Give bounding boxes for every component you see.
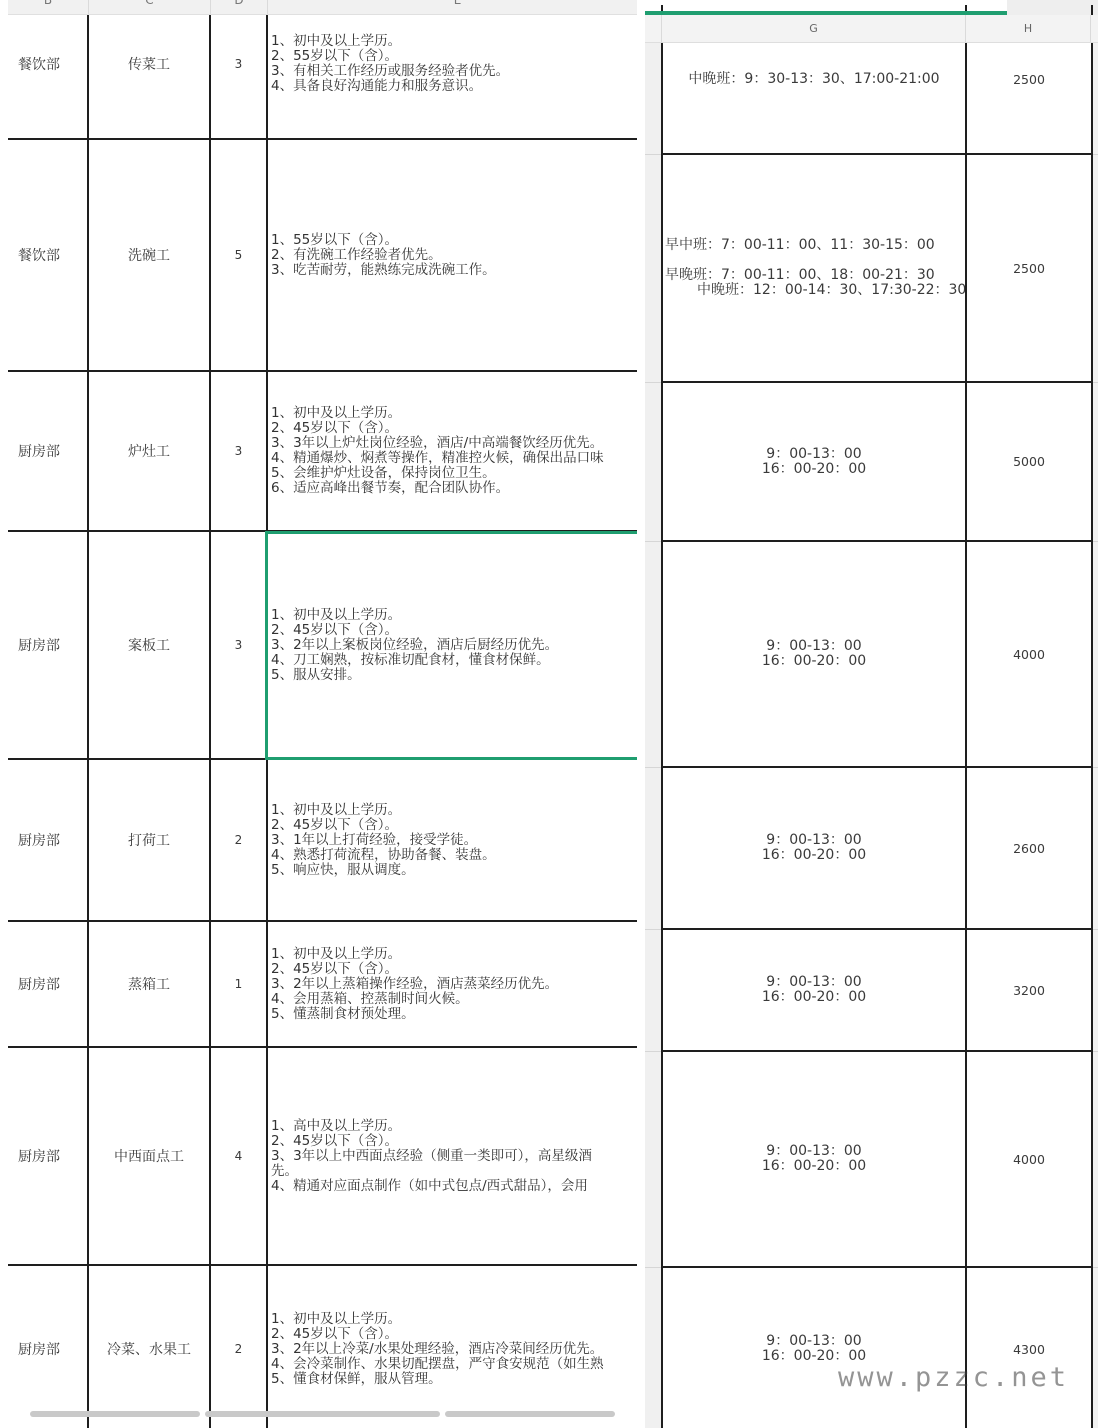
table-row: 9：00-13：0016：00-20：00 4300 xyxy=(661,1268,1093,1428)
column-header-e[interactable]: E xyxy=(267,0,637,14)
requirements-cell[interactable]: 1、初中及以上学历。2、45岁以下（含）。3、2年以上冷菜/水果处理经验，酒店冷… xyxy=(266,1266,637,1428)
requirement-line: 1、高中及以上学历。 xyxy=(271,1119,401,1134)
requirements-cell[interactable]: 1、初中及以上学历。2、45岁以下（含）。3、2年以上案板岗位经验，酒店后厨经历… xyxy=(266,532,637,758)
salary-cell[interactable]: 5000 xyxy=(965,383,1091,540)
department-cell[interactable]: 厨房部 xyxy=(8,1048,87,1264)
headcount-text: 1 xyxy=(235,977,243,991)
schedule-line: 16：00-20：00 xyxy=(762,1159,866,1174)
requirement-line: 2、45岁以下（含）。 xyxy=(271,623,398,638)
position-text: 传菜工 xyxy=(128,54,170,74)
requirement-line: 3、有相关工作经历或服务经验者优先。 xyxy=(271,64,509,79)
requirements-cell[interactable]: 1、初中及以上学历。2、45岁以下（含）。3、2年以上蒸箱操作经验，酒店蒸菜经历… xyxy=(266,922,637,1046)
department-cell[interactable]: 餐饮部 xyxy=(8,140,87,370)
column-header-label: B xyxy=(8,0,88,7)
requirement-line: 5、懂食材保鲜，服从管理。 xyxy=(271,1372,442,1387)
table-row: 9：00-13：0016：00-20：00 5000 xyxy=(661,383,1093,542)
schedule-line: 9：00-13：00 xyxy=(766,447,861,462)
department-text: 餐饮部 xyxy=(18,54,60,74)
schedule-line: 中晚班：12：00-14：30、17:30-22：30 xyxy=(665,283,965,298)
requirement-line: 2、45岁以下（含）。 xyxy=(271,818,398,833)
schedule-cell[interactable]: 9：00-13：0016：00-20：00 xyxy=(663,768,965,928)
schedule-line: 16：00-20：00 xyxy=(762,462,866,477)
schedule-cell[interactable]: 早中班：7：00-11：00、11：30-15：00早晚班：7：00-11：00… xyxy=(663,155,965,381)
table-row: 厨房部 蒸箱工 1 1、初中及以上学历。2、45岁以下（含）。3、2年以上蒸箱操… xyxy=(8,922,637,1048)
position-cell[interactable]: 中西面点工 xyxy=(87,1048,209,1264)
table-row: 厨房部 冷菜、水果工 2 1、初中及以上学历。2、45岁以下（含）。3、2年以上… xyxy=(8,1266,637,1428)
table-row: 厨房部 炉灶工 3 1、初中及以上学历。2、45岁以下（含）。3、3年以上炉灶岗… xyxy=(8,372,637,532)
schedule-cell[interactable]: 9：00-13：0016：00-20：00 xyxy=(663,383,965,540)
salary-text: 2500 xyxy=(1013,72,1045,87)
position-text: 打荷工 xyxy=(128,830,170,850)
requirement-line: 4、会冷菜制作、水果切配摆盘，严守食安规范（如生熟 xyxy=(271,1357,604,1372)
column-header-g[interactable]: G xyxy=(661,15,965,42)
headcount-text: 3 xyxy=(235,444,243,458)
column-header-d[interactable]: D xyxy=(210,0,267,14)
department-cell[interactable]: 厨房部 xyxy=(8,532,87,758)
salary-text: 4000 xyxy=(1013,1152,1045,1167)
position-cell[interactable]: 打荷工 xyxy=(87,760,209,920)
requirement-line: 1、初中及以上学历。 xyxy=(271,1312,401,1327)
headcount-cell[interactable]: 3 xyxy=(209,372,266,530)
table-row: 餐饮部 洗碗工 5 1、55岁以下（含）。2、有洗碗工作经验者优先。3、吃苦耐劳… xyxy=(8,140,637,372)
active-sheet-indicator xyxy=(645,11,1007,15)
table-row: 9：00-13：0016：00-20：00 4000 xyxy=(661,542,1093,768)
column-header-c[interactable]: C xyxy=(88,0,210,14)
spreadsheet-right-view: G H 中晚班：9：30-13：30、17:00-21:00 2500 早中班：… xyxy=(640,0,1098,1428)
requirement-line: 2、55岁以下（含）。 xyxy=(271,49,398,64)
column-header-label: E xyxy=(268,0,637,7)
horizontal-scrollbar[interactable] xyxy=(205,1411,440,1417)
requirement-line: 1、初中及以上学历。 xyxy=(271,803,401,818)
position-text: 案板工 xyxy=(128,635,170,655)
horizontal-scrollbar[interactable] xyxy=(445,1411,615,1417)
headcount-text: 3 xyxy=(235,57,243,71)
table-row: 厨房部 打荷工 2 1、初中及以上学历。2、45岁以下（含）。3、1年以上打荷经… xyxy=(8,760,637,922)
requirement-line: 4、精通对应面点制作（如中式包点/西式甜品），会用 xyxy=(271,1179,588,1194)
requirement-line: 5、会维护炉灶设备，保持岗位卫生。 xyxy=(271,466,496,481)
requirement-line: 2、有洗碗工作经验者优先。 xyxy=(271,248,442,263)
headcount-cell[interactable]: 2 xyxy=(209,760,266,920)
requirements-cell[interactable]: 1、初中及以上学历。2、45岁以下（含）。3、1年以上打荷经验，接受学徒。4、熟… xyxy=(266,760,637,920)
column-header-b[interactable]: B xyxy=(8,0,88,14)
requirement-line: 3、吃苦耐劳，能熟练完成洗碗工作。 xyxy=(271,263,496,278)
schedule-line: 9：00-13：00 xyxy=(766,975,861,990)
position-cell[interactable]: 蒸箱工 xyxy=(87,922,209,1046)
requirement-line: 2、45岁以下（含）。 xyxy=(271,421,398,436)
schedule-line: 16：00-20：00 xyxy=(762,990,866,1005)
schedule-line: 中晚班：9：30-13：30、17:00-21:00 xyxy=(688,72,939,87)
salary-cell[interactable]: 4000 xyxy=(965,1052,1091,1266)
position-text: 蒸箱工 xyxy=(128,974,170,994)
position-text: 炉灶工 xyxy=(128,441,170,461)
vertical-scroll-track[interactable] xyxy=(1093,42,1098,1428)
department-cell[interactable]: 厨房部 xyxy=(8,922,87,1046)
headcount-cell[interactable]: 5 xyxy=(209,140,266,370)
requirement-line: 3、2年以上蒸箱操作经验，酒店蒸菜经历优先。 xyxy=(271,977,558,992)
requirement-line: 1、初中及以上学历。 xyxy=(271,406,401,421)
salary-text: 5000 xyxy=(1013,454,1045,469)
salary-text: 3200 xyxy=(1013,983,1045,998)
department-text: 厨房部 xyxy=(18,830,60,850)
requirement-line: 先。 xyxy=(271,1164,298,1179)
requirement-line: 5、服从安排。 xyxy=(271,668,361,683)
column-header-row: G H xyxy=(645,15,1098,43)
requirements-cell[interactable]: 1、初中及以上学历。2、55岁以下（含）。3、有相关工作经历或服务经验者优先。4… xyxy=(266,0,637,138)
requirements-cell[interactable]: 1、高中及以上学历。2、45岁以下（含）。3、3年以上中西面点经验（侧重一类即可… xyxy=(266,1048,637,1264)
schedule-cell[interactable]: 9：00-13：0016：00-20：00 xyxy=(663,1052,965,1266)
position-cell[interactable]: 洗碗工 xyxy=(87,140,209,370)
requirements-cell[interactable]: 1、55岁以下（含）。2、有洗碗工作经验者优先。3、吃苦耐劳，能熟练完成洗碗工作… xyxy=(266,140,637,370)
headcount-text: 2 xyxy=(235,833,243,847)
requirement-line: 1、初中及以上学历。 xyxy=(271,34,401,49)
requirement-line: 3、2年以上冷菜/水果处理经验，酒店冷菜间经历优先。 xyxy=(271,1342,603,1357)
horizontal-scrollbar[interactable] xyxy=(30,1411,200,1417)
requirement-line: 6、适应高峰出餐节奏，配合团队协作。 xyxy=(271,481,509,496)
headcount-cell[interactable]: 2 xyxy=(209,1266,266,1428)
requirement-line: 3、3年以上中西面点经验（侧重一类即可），高星级酒 xyxy=(271,1149,592,1164)
headcount-text: 4 xyxy=(235,1149,243,1163)
position-text: 冷菜、水果工 xyxy=(107,1339,191,1359)
requirement-line: 5、响应快，服从调度。 xyxy=(271,863,415,878)
schedule-cell[interactable]: 9：00-13：0016：00-20：00 xyxy=(663,1268,965,1428)
schedule-line: 早晚班：7：00-11：00、18：00-21：30 xyxy=(665,268,935,283)
column-header-label: G xyxy=(809,22,818,35)
requirement-line: 3、3年以上炉灶岗位经验，酒店/中高端餐饮经历优先。 xyxy=(271,436,603,451)
column-header-row: B C D E xyxy=(8,0,637,15)
department-text: 厨房部 xyxy=(18,1339,60,1359)
department-text: 厨房部 xyxy=(18,635,60,655)
salary-cell[interactable]: 4000 xyxy=(965,542,1091,766)
position-text: 中西面点工 xyxy=(114,1146,184,1166)
spreadsheet-left-view: B C D E 餐饮部 传菜工 3 1、初中及以上学历。2、55岁以下（含）。3… xyxy=(0,0,637,1428)
requirement-line: 1、初中及以上学历。 xyxy=(271,947,401,962)
requirement-line: 3、1年以上打荷经验，接受学徒。 xyxy=(271,833,477,848)
requirement-line: 4、刀工娴熟，按标准切配食材，懂食材保鲜。 xyxy=(271,653,550,668)
requirement-line: 1、初中及以上学历。 xyxy=(271,608,401,623)
headcount-cell[interactable]: 1 xyxy=(209,922,266,1046)
headcount-cell[interactable]: 4 xyxy=(209,1048,266,1264)
salary-cell[interactable]: 2500 xyxy=(965,155,1091,381)
watermark: www.pzzc.net xyxy=(838,1362,1069,1393)
department-cell[interactable]: 厨房部 xyxy=(8,1266,87,1428)
requirement-line: 4、会用蒸箱、控蒸制时间火候。 xyxy=(271,992,469,1007)
schedule-cell[interactable]: 9：00-13：0016：00-20：00 xyxy=(663,930,965,1050)
table-row: 9：00-13：0016：00-20：00 3200 xyxy=(661,930,1093,1052)
position-cell[interactable]: 案板工 xyxy=(87,532,209,758)
table-row: 9：00-13：0016：00-20：00 2600 xyxy=(661,768,1093,930)
row-header-strip[interactable] xyxy=(645,42,661,1428)
column-header-label: C xyxy=(89,0,210,7)
headcount-cell[interactable]: 3 xyxy=(209,0,266,138)
requirement-line: 2、45岁以下（含）。 xyxy=(271,1327,398,1342)
schedule-line: 9：00-13：00 xyxy=(766,1334,861,1349)
headcount-text: 3 xyxy=(235,638,243,652)
department-cell[interactable]: 厨房部 xyxy=(8,372,87,530)
requirements-cell[interactable]: 1、初中及以上学历。2、45岁以下（含）。3、3年以上炉灶岗位经验，酒店/中高端… xyxy=(266,372,637,530)
schedule-line: 早中班：7：00-11：00、11：30-15：00 xyxy=(665,238,935,253)
column-header-label: H xyxy=(1024,22,1032,35)
column-header-h[interactable]: H xyxy=(965,15,1091,42)
requirement-line: 1、55岁以下（含）。 xyxy=(271,233,398,248)
position-cell[interactable]: 冷菜、水果工 xyxy=(87,1266,209,1428)
table-row: 9：00-13：0016：00-20：00 4000 xyxy=(661,1052,1093,1268)
department-cell[interactable]: 餐饮部 xyxy=(8,0,87,138)
salary-text: 2600 xyxy=(1013,841,1045,856)
salary-cell[interactable]: 2600 xyxy=(965,768,1091,928)
department-text: 厨房部 xyxy=(18,441,60,461)
salary-cell[interactable]: 3200 xyxy=(965,930,1091,1050)
schedule-line: 9：00-13：00 xyxy=(766,639,861,654)
table-row: 厨房部 中西面点工 4 1、高中及以上学历。2、45岁以下（含）。3、3年以上中… xyxy=(8,1048,637,1266)
requirement-line: 5、懂蒸制食材预处理。 xyxy=(271,1007,415,1022)
schedule-line: 9：00-13：00 xyxy=(766,833,861,848)
requirement-line: 2、45岁以下（含）。 xyxy=(271,962,398,977)
schedule-cell[interactable]: 9：00-13：0016：00-20：00 xyxy=(663,542,965,766)
position-cell[interactable]: 炉灶工 xyxy=(87,372,209,530)
requirement-line: 3、2年以上案板岗位经验，酒店后厨经历优先。 xyxy=(271,638,558,653)
requirement-line: 4、熟悉打荷流程，协助备餐、装盘。 xyxy=(271,848,496,863)
salary-cell[interactable]: 4300 xyxy=(965,1268,1091,1428)
schedule-line: 16：00-20：00 xyxy=(762,654,866,669)
schedule-line: 16：00-20：00 xyxy=(762,848,866,863)
headcount-cell[interactable]: 3 xyxy=(209,532,266,758)
headcount-text: 2 xyxy=(235,1342,243,1356)
requirement-line: 4、精通爆炒、焖煮等操作，精准控火候，确保出品口味 xyxy=(271,451,604,466)
position-text: 洗碗工 xyxy=(128,245,170,265)
table-row: 早中班：7：00-11：00、11：30-15：00早晚班：7：00-11：00… xyxy=(661,155,1093,383)
salary-text: 4000 xyxy=(1013,647,1045,662)
headcount-text: 5 xyxy=(235,248,243,262)
requirement-line: 4、具备良好沟通能力和服务意识。 xyxy=(271,79,482,94)
table-row: 厨房部 案板工 3 1、初中及以上学历。2、45岁以下（含）。3、2年以上案板岗… xyxy=(8,532,637,760)
table-row: 餐饮部 传菜工 3 1、初中及以上学历。2、55岁以下（含）。3、有相关工作经历… xyxy=(8,0,637,140)
department-cell[interactable]: 厨房部 xyxy=(8,760,87,920)
salary-text: 2500 xyxy=(1013,261,1045,276)
schedule-line: 9：00-13：00 xyxy=(766,1144,861,1159)
department-text: 餐饮部 xyxy=(18,245,60,265)
salary-text: 4300 xyxy=(1013,1342,1045,1357)
requirement-line: 2、45岁以下（含）。 xyxy=(271,1134,398,1149)
department-text: 厨房部 xyxy=(18,1146,60,1166)
department-text: 厨房部 xyxy=(18,974,60,994)
column-header-label: D xyxy=(211,0,267,7)
position-cell[interactable]: 传菜工 xyxy=(87,0,209,138)
